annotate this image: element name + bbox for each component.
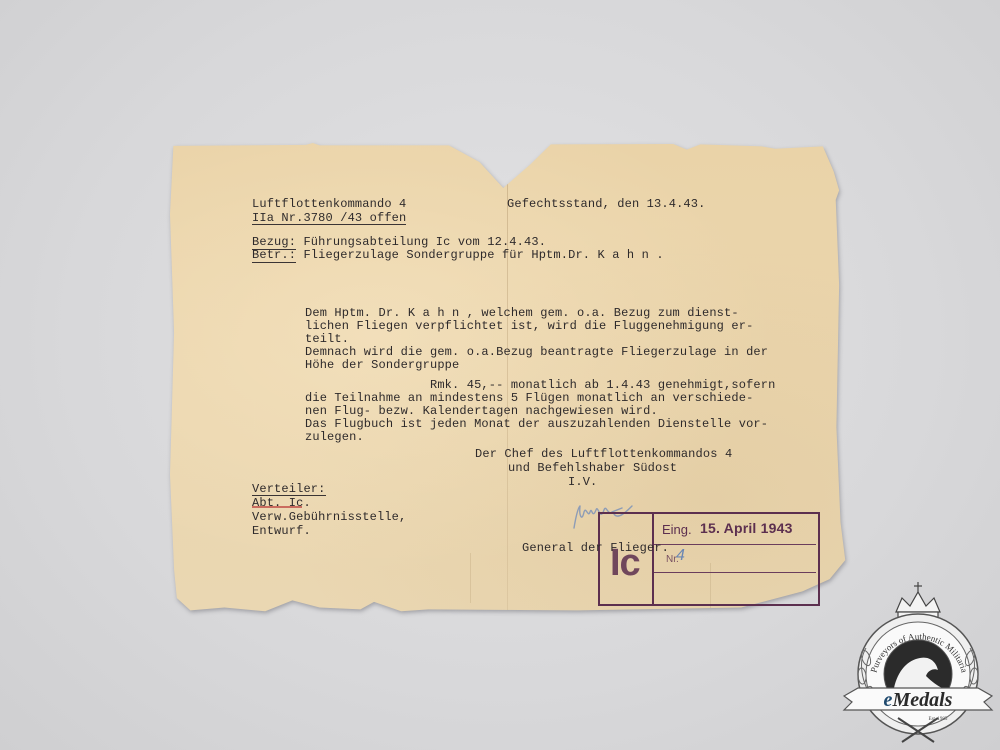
betr-label: Betr.:: [252, 248, 296, 263]
signature-block-line: I.V.: [568, 476, 597, 488]
red-underline: [252, 506, 302, 508]
bezug-line: Bezug: Führungsabteilung Ic vom 12.4.43.: [252, 236, 546, 248]
betr-line: Betr.: Fliegerzulage Sondergruppe für Hp…: [252, 249, 664, 261]
betr-text: Fliegerzulage Sondergruppe für Hptm.Dr. …: [296, 248, 664, 262]
body-line: Das Flugbuch ist jeden Monat der auszuza…: [305, 418, 768, 430]
place-and-date: Gefechtsstand, den 13.4.43.: [507, 198, 705, 210]
stamp-divider: [654, 544, 816, 545]
paper-crease: [470, 553, 471, 603]
signature-block-line: und Befehlshaber Südost: [508, 462, 677, 474]
body-line: Höhe der Sondergruppe: [305, 359, 459, 371]
issuing-office: Luftflottenkommando 4: [252, 198, 406, 210]
signature-block-line: Der Chef des Luftflottenkommandos 4: [475, 448, 732, 460]
receipt-stamp: Ic Eing. 15. April 1943 Nr. 4: [598, 512, 820, 606]
body-line: lichen Fliegen verpflichtet ist, wird di…: [305, 320, 753, 332]
crown-icon: [896, 582, 940, 618]
emedals-logo: Purveyors of Authentic Militaria eMedals…: [838, 578, 998, 746]
distribution-item: Verw.Gebührnisstelle,: [252, 511, 406, 523]
distribution-label: Verteiler:: [252, 483, 326, 496]
body-line: zulegen.: [305, 431, 364, 443]
reference-number: IIa Nr.3780 /43 offen: [252, 212, 406, 225]
body-line: Rmk. 45,-- monatlich ab 1.4.43 genehmigt…: [305, 379, 775, 391]
signatory-title: General der Flieger.: [522, 542, 669, 554]
stamp-divider: [654, 572, 816, 573]
distribution-item: Abt. Ic.: [252, 497, 311, 509]
stamp-department-cell: Ic: [600, 514, 654, 604]
body-line: Demnach wird die gem. o.a.Bezug beantrag…: [305, 346, 768, 358]
body-line: Dem Hptm. Dr. K a h n , welchem gem. o.a…: [305, 307, 739, 319]
body-line: teilt.: [305, 333, 349, 345]
stamp-received-label: Eing.: [662, 522, 692, 537]
body-line: die Teilnahme an mindestens 5 Flügen mon…: [305, 392, 753, 404]
distribution-item: Entwurf.: [252, 525, 311, 537]
stamp-received-date: 15. April 1943: [700, 520, 793, 536]
brand-name: eMedals: [884, 689, 953, 711]
pencil-mark: 4: [676, 547, 685, 565]
bezug-text: Führungsabteilung Ic vom 12.4.43.: [296, 235, 546, 249]
body-line: nen Flug- bezw. Kalendertagen nachgewies…: [305, 405, 658, 417]
